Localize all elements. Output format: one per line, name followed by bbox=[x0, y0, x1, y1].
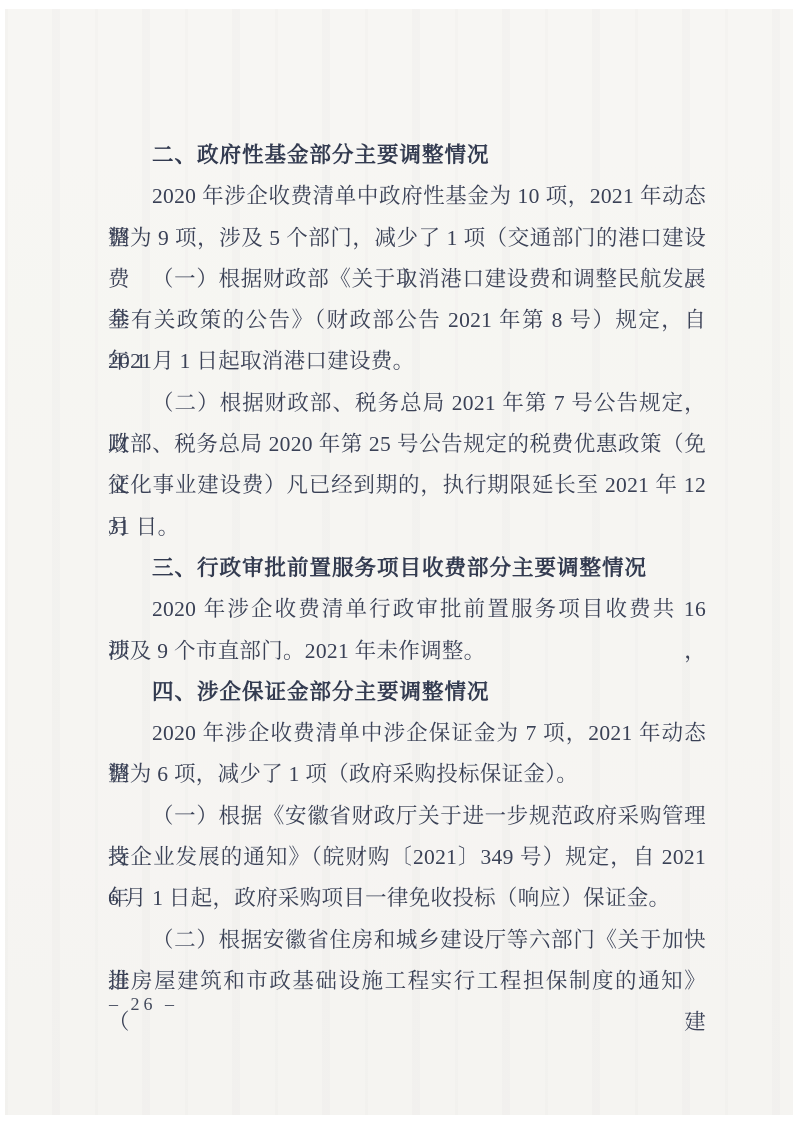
document-line: 6 月 1 日起，政府采购项目一律免收投标（响应）保证金。 bbox=[108, 878, 706, 919]
document-text-block: 二、政府性基金部分主要调整情况 2020 年涉企收费清单中政府性基金为 10 项… bbox=[108, 135, 706, 1002]
document-line: 文化事业建设费）凡已经到期的，执行期限延长至 2021 年 12 月 bbox=[108, 465, 706, 506]
document-page: 二、政府性基金部分主要调整情况 2020 年涉企收费清单中政府性基金为 10 项… bbox=[5, 9, 793, 1115]
section-heading-3: 三、行政审批前置服务项目收费部分主要调整情况 bbox=[108, 548, 706, 589]
document-line: 年 1 月 1 日起取消港口建设费。 bbox=[108, 341, 706, 382]
document-line: 金有关政策的公告》（财政部公告 2021 年第 8 号）规定，自 2021 bbox=[108, 300, 706, 341]
document-line: （二）根据安徽省住房和城乡建设厅等六部门《关于加快推 bbox=[108, 920, 706, 961]
document-line: 整为 6 项，减少了 1 项（政府采购投标保证金）。 bbox=[108, 754, 706, 795]
document-line: 政部、税务总局 2020 年第 25 号公告规定的税费优惠政策（免征 bbox=[108, 424, 706, 465]
document-line: （一）根据财政部《关于取消港口建设费和调整民航发展基 bbox=[108, 259, 706, 300]
document-line: （二）根据财政部、税务总局 2021 年第 7 号公告规定，财 bbox=[108, 383, 706, 424]
section-heading-2: 二、政府性基金部分主要调整情况 bbox=[108, 135, 706, 176]
document-line: 2020 年涉企收费清单中政府性基金为 10 项，2021 年动态调 bbox=[108, 176, 706, 217]
document-line: 2020 年涉企收费清单行政审批前置服务项目收费共 16 项， bbox=[108, 589, 706, 630]
document-line: 整为 9 项，涉及 5 个部门，减少了 1 项（交通部门的港口建设费）。 bbox=[108, 218, 706, 259]
document-line: 31 日。 bbox=[108, 507, 706, 548]
page-number: – 26 – bbox=[109, 990, 178, 1018]
section-heading-4: 四、涉企保证金部分主要调整情况 bbox=[108, 672, 706, 713]
document-line: 进房屋建筑和市政基础设施工程实行工程担保制度的通知》（建 bbox=[108, 961, 706, 1002]
document-line: 2020 年涉企收费清单中涉企保证金为 7 项，2021 年动态调 bbox=[108, 713, 706, 754]
scanned-document-view: 二、政府性基金部分主要调整情况 2020 年涉企收费清单中政府性基金为 10 项… bbox=[0, 0, 793, 1122]
document-line: 持企业发展的通知》（皖财购〔2021〕349 号）规定，自 2021 年 bbox=[108, 837, 706, 878]
document-line: （一）根据《安徽省财政厅关于进一步规范政府采购管理支 bbox=[108, 796, 706, 837]
